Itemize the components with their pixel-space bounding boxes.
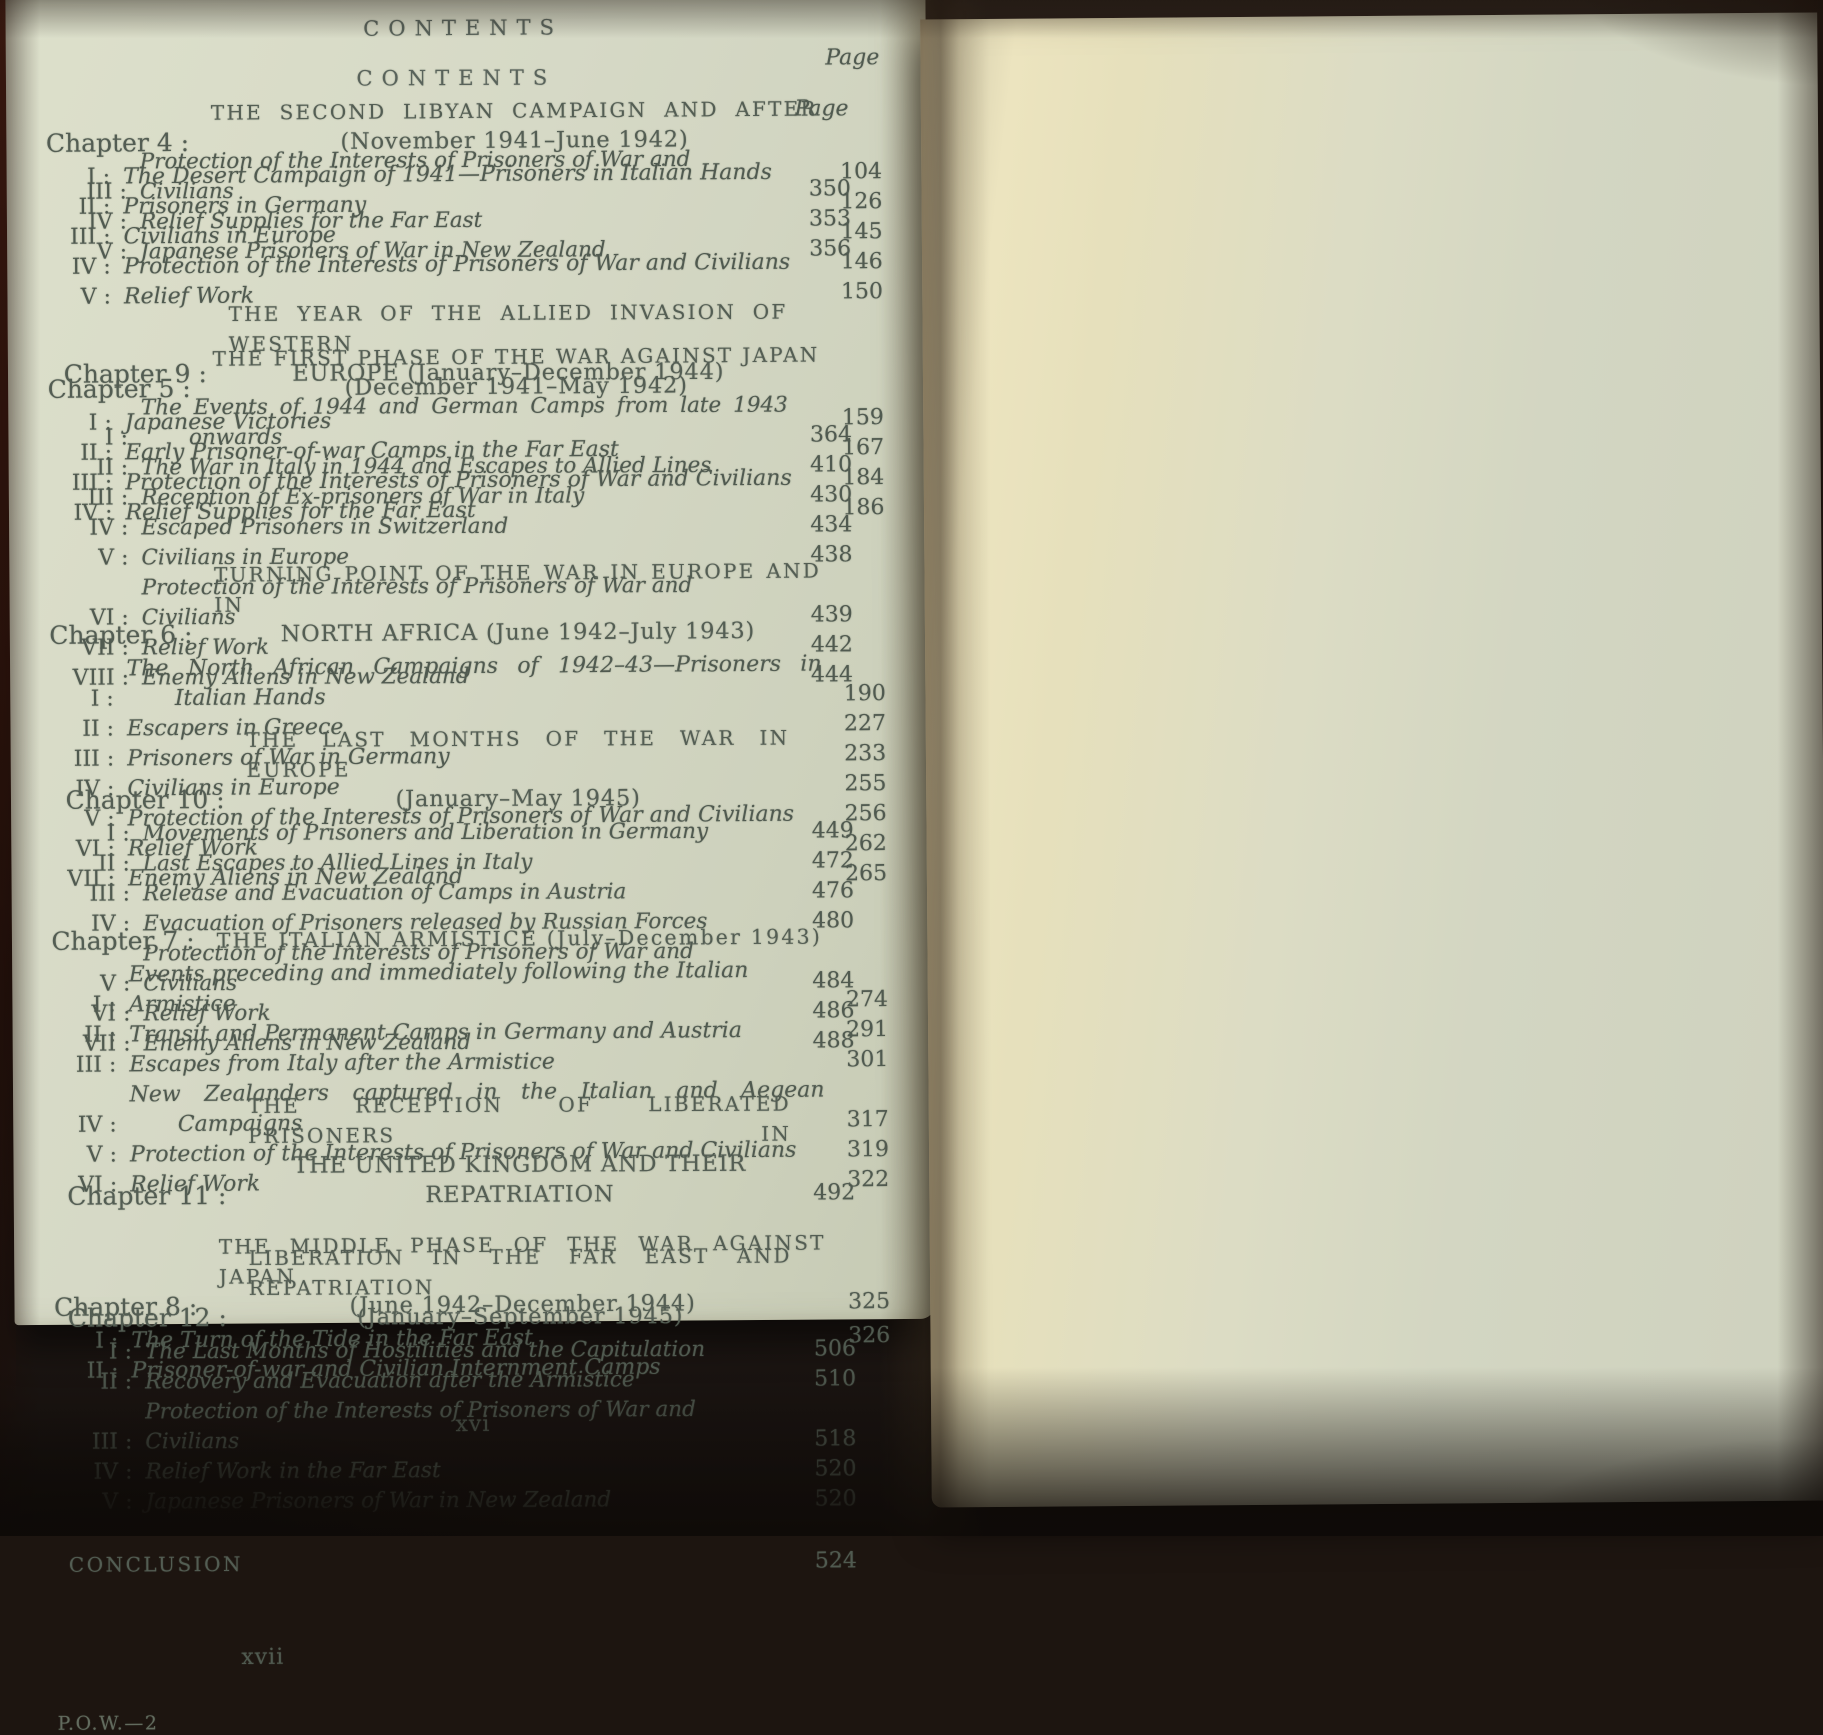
entry-roman-numeral: III : <box>64 483 128 513</box>
entry-page-number: 486 <box>790 996 854 1026</box>
entry-title-line: Enemy Aliens in New Zealand <box>144 1027 791 1060</box>
entry-title-line: Release and Evacuation of Camps in Austr… <box>143 877 790 910</box>
entry-page-number: 480 <box>790 906 854 936</box>
entry-title: Escaped Prisoners in Switzerland <box>128 511 788 544</box>
entry-page-number: 506 <box>792 1334 856 1364</box>
entry-page-number: 484 <box>790 966 854 996</box>
entry-roman-numeral: IV : <box>66 909 130 939</box>
entry-page-number: 438 <box>788 540 852 570</box>
toc-entry: VI :Relief Work486 <box>66 996 854 1029</box>
chapter-title-line: LIBERATION IN THE FAR EAST AND REPATRIAT… <box>249 1241 792 1303</box>
toc-entry: II :The War in Italy in 1944 and Escapes… <box>64 450 852 483</box>
entry-title: Protection of the Interests of Prisoners… <box>130 937 790 1000</box>
chapter-title: LIBERATION IN THE FAR EAST AND REPATRIAT… <box>249 1241 792 1333</box>
toc-entry: V :Protection of the Interests of Prison… <box>66 936 854 999</box>
entry-title: Enemy Aliens in New Zealand <box>131 1027 791 1060</box>
chapter-label: Chapter 12 : <box>68 1303 249 1334</box>
entry-title-line: Japanese Prisoners of War in New Zealand <box>146 1485 793 1518</box>
chapter-title: THE YEAR OF THE ALLIED INVASION OF WESTE… <box>229 297 788 389</box>
toc-entry: IV :Relief Supplies for the Far East353 <box>63 204 851 237</box>
toc-entry: II :Last Escapes to Allied Lines in Ital… <box>66 846 854 879</box>
entry-title-line: Protection of the Interests of Prisoners… <box>140 145 787 208</box>
entry-title: Relief Work in the Far East <box>132 1455 792 1488</box>
entry-title: Reception of Ex-prisoners of War in Ital… <box>128 481 788 514</box>
entry-title: The Events of 1944 and German Camps from… <box>128 391 788 454</box>
entry-title-line: Relief Work in the Far East <box>145 1455 792 1488</box>
entry-title: Last Escapes to Allied Lines in Italy <box>130 847 790 880</box>
toc-entry: IV :Escaped Prisoners in Switzerland434 <box>64 510 852 543</box>
entry-roman-numeral: I : <box>68 1337 132 1367</box>
entry-page-number: 350 <box>787 174 851 204</box>
entry-title-line: Japanese Prisoners of War in New Zealand <box>140 235 787 268</box>
toc-entry: VIII :Enemy Aliens in New Zealand444 <box>65 660 853 693</box>
toc-entry: VII :Relief Work442 <box>65 630 853 663</box>
entry-page-number: 472 <box>790 846 854 876</box>
chapter-heading: Chapter 9 :THE YEAR OF THE ALLIED INVASI… <box>63 296 851 389</box>
entry-page-number: 364 <box>788 420 852 450</box>
entry-title: Protection of the Interests of Prisoners… <box>132 1395 792 1458</box>
entry-roman-numeral: I : <box>64 423 128 453</box>
photo-backdrop: CONTENTS Page Chapter 4 :THE SECOND LIBY… <box>0 0 1823 1536</box>
toc-entry: IV :Relief Work in the Far East520 <box>68 1454 856 1487</box>
entry-roman-numeral: II : <box>68 1367 132 1397</box>
chapter-title-line: THE UNITED KINGDOM AND THEIR REPATRIATIO… <box>248 1149 791 1211</box>
entry-title-line: Relief Supplies for the Far East <box>140 205 787 238</box>
entry-title: Relief Supplies for the Far East <box>127 205 787 238</box>
entry-title-line: Protection of the Interests of Prisoners… <box>145 1395 792 1458</box>
toc-sections-right: III :Protection of the Interests of Pris… <box>63 144 857 1536</box>
entry-page-number: 410 <box>788 450 852 480</box>
chapter-title: THE RECEPTION OF LIBERATED PRISONERS INT… <box>248 1089 791 1211</box>
entry-title-line: Relief Work <box>142 631 789 664</box>
entry-title-line: Relief Work <box>143 997 790 1030</box>
chapter-heading: Chapter 10 :THE LAST MONTHS OF THE WAR I… <box>65 722 853 815</box>
toc-entry: I :The Last Months of Hostilities and th… <box>68 1334 856 1367</box>
entry-page-number: 356 <box>787 234 851 264</box>
chapter-title-line: THE LAST MONTHS OF THE WAR IN EUROPE <box>246 723 789 785</box>
entry-page-number: 520 <box>792 1454 856 1484</box>
entry-roman-numeral: V : <box>63 237 127 267</box>
entry-page-number: 430 <box>788 480 852 510</box>
entry-title-line: Last Escapes to Allied Lines in Italy <box>143 847 790 880</box>
chapter-label: Chapter 10 : <box>65 785 246 816</box>
toc-entry: III :Protection of the Interests of Pris… <box>68 1394 856 1457</box>
entry-title-line: Evacuation of Prisoners released by Russ… <box>143 907 790 940</box>
entry-roman-numeral: VIII : <box>65 663 129 693</box>
chapter-label: Chapter 11 : <box>67 1181 248 1212</box>
entry-title: The War in Italy in 1944 and Escapes to … <box>128 451 788 484</box>
entry-page-number: 488 <box>791 1026 855 1056</box>
entry-roman-numeral: II : <box>64 453 128 483</box>
toc-entry: II :Recovery and Evacuation after the Ar… <box>68 1364 856 1397</box>
entry-title-line: Civilians in Europe <box>141 541 788 574</box>
entry-page-number: 434 <box>788 510 852 540</box>
entry-roman-numeral: IV : <box>68 1457 132 1487</box>
entry-roman-numeral: VII : <box>67 1029 131 1059</box>
toc-entry: III :Protection of the Interests of Pris… <box>63 144 851 207</box>
entry-roman-numeral: VI : <box>65 603 129 633</box>
entry-page-number: 442 <box>789 630 853 660</box>
entry-title: The Last Months of Hostilities and the C… <box>132 1335 792 1368</box>
entry-title-line: Protection of the Interests of Prisoners… <box>142 571 789 634</box>
entry-roman-numeral: VII : <box>65 633 129 663</box>
toc-entry: V :Japanese Prisoners of War in New Zeal… <box>63 234 851 267</box>
entry-title: Evacuation of Prisoners released by Russ… <box>130 907 790 940</box>
chapter-heading: Chapter 11 :THE RECEPTION OF LIBERATED P… <box>67 1088 856 1211</box>
entry-page-number: 444 <box>789 660 853 690</box>
chapter-heading: Chapter 12 :LIBERATION IN THE FAR EAST A… <box>67 1240 855 1333</box>
entry-title-line: Escaped Prisoners in Switzerland <box>141 511 788 544</box>
entry-roman-numeral: III : <box>63 177 127 207</box>
contents-heading-right: CONTENTS <box>62 64 850 91</box>
entry-roman-numeral: V : <box>64 543 128 573</box>
entry-title-line: Movements of Prisoners and Liberation in… <box>143 817 790 850</box>
entry-title: Relief Work <box>129 631 789 664</box>
entry-title: Release and Evacuation of Camps in Austr… <box>130 877 790 910</box>
entry-title-line: onwards <box>141 421 788 454</box>
entry-title-line: Protection of the Interests of Prisoners… <box>143 937 790 1000</box>
entry-title: Movements of Prisoners and Liberation in… <box>130 817 790 850</box>
chapter-label: Chapter 9 : <box>64 359 229 390</box>
chapter-page-number: 492 <box>791 1178 855 1208</box>
entry-title: Relief Work <box>130 997 790 1030</box>
toc-entry: VI :Protection of the Interests of Priso… <box>65 570 853 633</box>
entry-roman-numeral: III : <box>66 879 130 909</box>
right-page-content: CONTENTS Page III :Protection of the Int… <box>62 64 857 1536</box>
entry-title-line: Recovery and Evacuation after the Armist… <box>145 1365 792 1398</box>
entry-page-number: 439 <box>789 600 853 630</box>
entry-roman-numeral: IV : <box>64 513 128 543</box>
entry-title: Protection of the Interests of Prisoners… <box>127 145 787 208</box>
entry-page-number: 476 <box>790 876 854 906</box>
entry-title-line: The Last Months of Hostilities and the C… <box>145 1335 792 1368</box>
entry-roman-numeral: II : <box>66 849 130 879</box>
toc-entry: I :Movements of Prisoners and Liberation… <box>66 816 854 849</box>
toc-section: Chapter 11 :THE RECEPTION OF LIBERATED P… <box>67 1088 856 1211</box>
chapter-title-line: THE YEAR OF THE ALLIED INVASION OF WESTE… <box>229 297 788 359</box>
entry-title: Recovery and Evacuation after the Armist… <box>132 1365 792 1398</box>
entry-title: Civilians in Europe <box>128 541 788 574</box>
chapter-title-line: THE RECEPTION OF LIBERATED PRISONERS IN <box>248 1089 791 1151</box>
entry-title-line: Enemy Aliens in New Zealand <box>142 661 789 694</box>
entry-title-line: Reception of Ex-prisoners of War in Ital… <box>141 481 788 514</box>
entry-title: Japanese Prisoners of War in New Zealand <box>127 235 787 268</box>
entry-roman-numeral: VI : <box>66 999 130 1029</box>
toc-entry: V :Civilians in Europe438 <box>64 540 852 573</box>
entry-roman-numeral: III : <box>68 1427 132 1457</box>
entry-page-number: 449 <box>790 816 854 846</box>
entry-page-number: 510 <box>792 1364 856 1394</box>
entry-page-number: 520 <box>793 1484 857 1514</box>
toc-section: Chapter 10 :THE LAST MONTHS OF THE WAR I… <box>65 722 854 1059</box>
entry-roman-numeral: V : <box>69 1487 133 1517</box>
entry-roman-numeral: V : <box>66 969 130 999</box>
entry-roman-numeral: IV : <box>63 207 127 237</box>
entry-title-line: The War in Italy in 1944 and Escapes to … <box>141 451 788 484</box>
toc-entry: VII :Enemy Aliens in New Zealand488 <box>67 1026 855 1059</box>
toc-entry: III :Release and Evacuation of Camps in … <box>66 876 854 909</box>
chapter-title-line: EUROPE (January–December 1944) <box>229 357 788 389</box>
toc-entry: III :Reception of Ex-prisoners of War in… <box>64 480 852 513</box>
toc-entry: I :The Events of 1944 and German Camps f… <box>64 390 852 453</box>
toc-section: Chapter 9 :THE YEAR OF THE ALLIED INVASI… <box>63 296 853 693</box>
chapter-title: THE LAST MONTHS OF THE WAR IN EUROPE(Jan… <box>246 723 789 815</box>
page-column-label-right: Page <box>63 96 851 125</box>
chapter-title-line: (January–May 1945) <box>247 783 790 815</box>
toc-entry: IV :Evacuation of Prisoners released by … <box>66 906 854 939</box>
entry-page-number: 518 <box>792 1424 856 1454</box>
entry-title: Enemy Aliens in New Zealand <box>129 661 789 694</box>
book-page-right <box>920 13 1823 1508</box>
entry-page-number: 353 <box>787 204 851 234</box>
entry-title: Japanese Prisoners of War in New Zealand <box>133 1485 793 1518</box>
contents-heading-left: CONTENTS <box>45 13 881 43</box>
toc-section: III :Protection of the Interests of Pris… <box>63 144 852 267</box>
toc-section: Chapter 12 :LIBERATION IN THE FAR EAST A… <box>67 1240 856 1517</box>
entry-roman-numeral: I : <box>66 819 130 849</box>
chapter-title-line: (January–September 1945) <box>249 1301 792 1333</box>
toc-entry: V :Japanese Prisoners of War in New Zeal… <box>69 1484 857 1517</box>
entry-title: Protection of the Interests of Prisoners… <box>129 571 789 634</box>
entry-title-line: The Events of 1944 and German Camps from… <box>141 391 788 424</box>
